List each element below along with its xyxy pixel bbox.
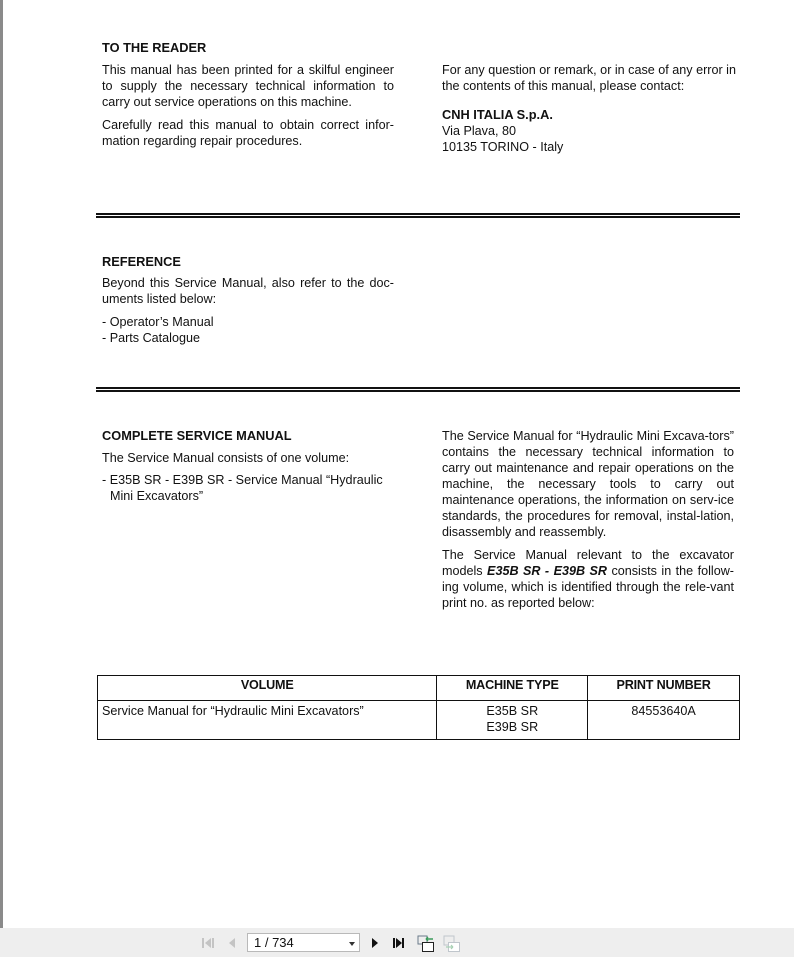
cell-volume: Service Manual for “Hydraulic Mini Excav…: [98, 701, 437, 740]
previous-page-icon: [224, 935, 240, 951]
complete-manual-intro: The Service Manual consists of one volum…: [102, 450, 349, 466]
volume-table: VOLUME MACHINE TYPE PRINT NUMBER Service…: [97, 675, 740, 740]
last-page-icon: [391, 935, 407, 951]
page-number-select[interactable]: 1 / 734: [247, 933, 360, 952]
section-divider: [96, 216, 740, 218]
next-view-icon: [443, 935, 461, 953]
chevron-down-icon: [349, 942, 355, 946]
machine-type-1: E35B SR: [441, 703, 583, 719]
models-emphasis: E35B SR - E39B SR: [487, 564, 607, 578]
next-view-button[interactable]: [443, 935, 459, 951]
reference-item: - Parts Catalogue: [102, 330, 200, 346]
table-header-row: VOLUME MACHINE TYPE PRINT NUMBER: [98, 676, 740, 701]
section-divider: [96, 387, 740, 389]
reference-item: - Operator’s Manual: [102, 314, 214, 330]
reader-heading: TO THE READER: [102, 40, 206, 56]
reference-heading: REFERENCE: [102, 254, 181, 270]
reader-paragraph-2: Carefully read this manual to obtain cor…: [102, 117, 394, 149]
page-navigation-toolbar: 1 / 734: [0, 928, 794, 957]
header-volume: VOLUME: [98, 676, 437, 701]
previous-page-button[interactable]: [224, 935, 240, 951]
next-page-button[interactable]: [367, 935, 383, 951]
cell-print-number: 84553640A: [588, 701, 740, 740]
complete-manual-heading: COMPLETE SERVICE MANUAL: [102, 428, 292, 444]
header-print-number: PRINT NUMBER: [588, 676, 740, 701]
previous-view-icon: [417, 935, 435, 953]
cell-machine-type: E35B SR E39B SR: [437, 701, 588, 740]
address-line-2: 10135 TORINO - Italy: [442, 139, 563, 155]
previous-view-button[interactable]: [417, 935, 433, 951]
manual-description: The Service Manual for “Hydraulic Mini E…: [442, 428, 734, 540]
table-row: Service Manual for “Hydraulic Mini Excav…: [98, 701, 740, 740]
reader-paragraph-1: This manual has been printed for a skilf…: [102, 62, 394, 110]
section-divider: [96, 213, 740, 215]
first-page-icon: [200, 935, 216, 951]
complete-manual-item: - E35B SR - E39B SR - Service Manual “Hy…: [102, 472, 383, 488]
company-name: CNH ITALIA S.p.A.: [442, 107, 553, 123]
next-page-icon: [367, 935, 383, 951]
contact-intro: For any question or remark, or in case o…: [442, 62, 740, 94]
header-machine-type: MACHINE TYPE: [437, 676, 588, 701]
section-divider: [96, 390, 740, 392]
address-line-1: Via Plava, 80: [442, 123, 516, 139]
reference-intro: Beyond this Service Manual, also refer t…: [102, 275, 394, 307]
page-indicator: 1 / 734: [254, 935, 294, 950]
last-page-button[interactable]: [391, 935, 407, 951]
machine-type-2: E39B SR: [441, 719, 583, 735]
first-page-button[interactable]: [200, 935, 216, 951]
manual-models-paragraph: The Service Manual relevant to the excav…: [442, 547, 734, 611]
complete-manual-item-cont: Mini Excavators”: [110, 488, 203, 504]
